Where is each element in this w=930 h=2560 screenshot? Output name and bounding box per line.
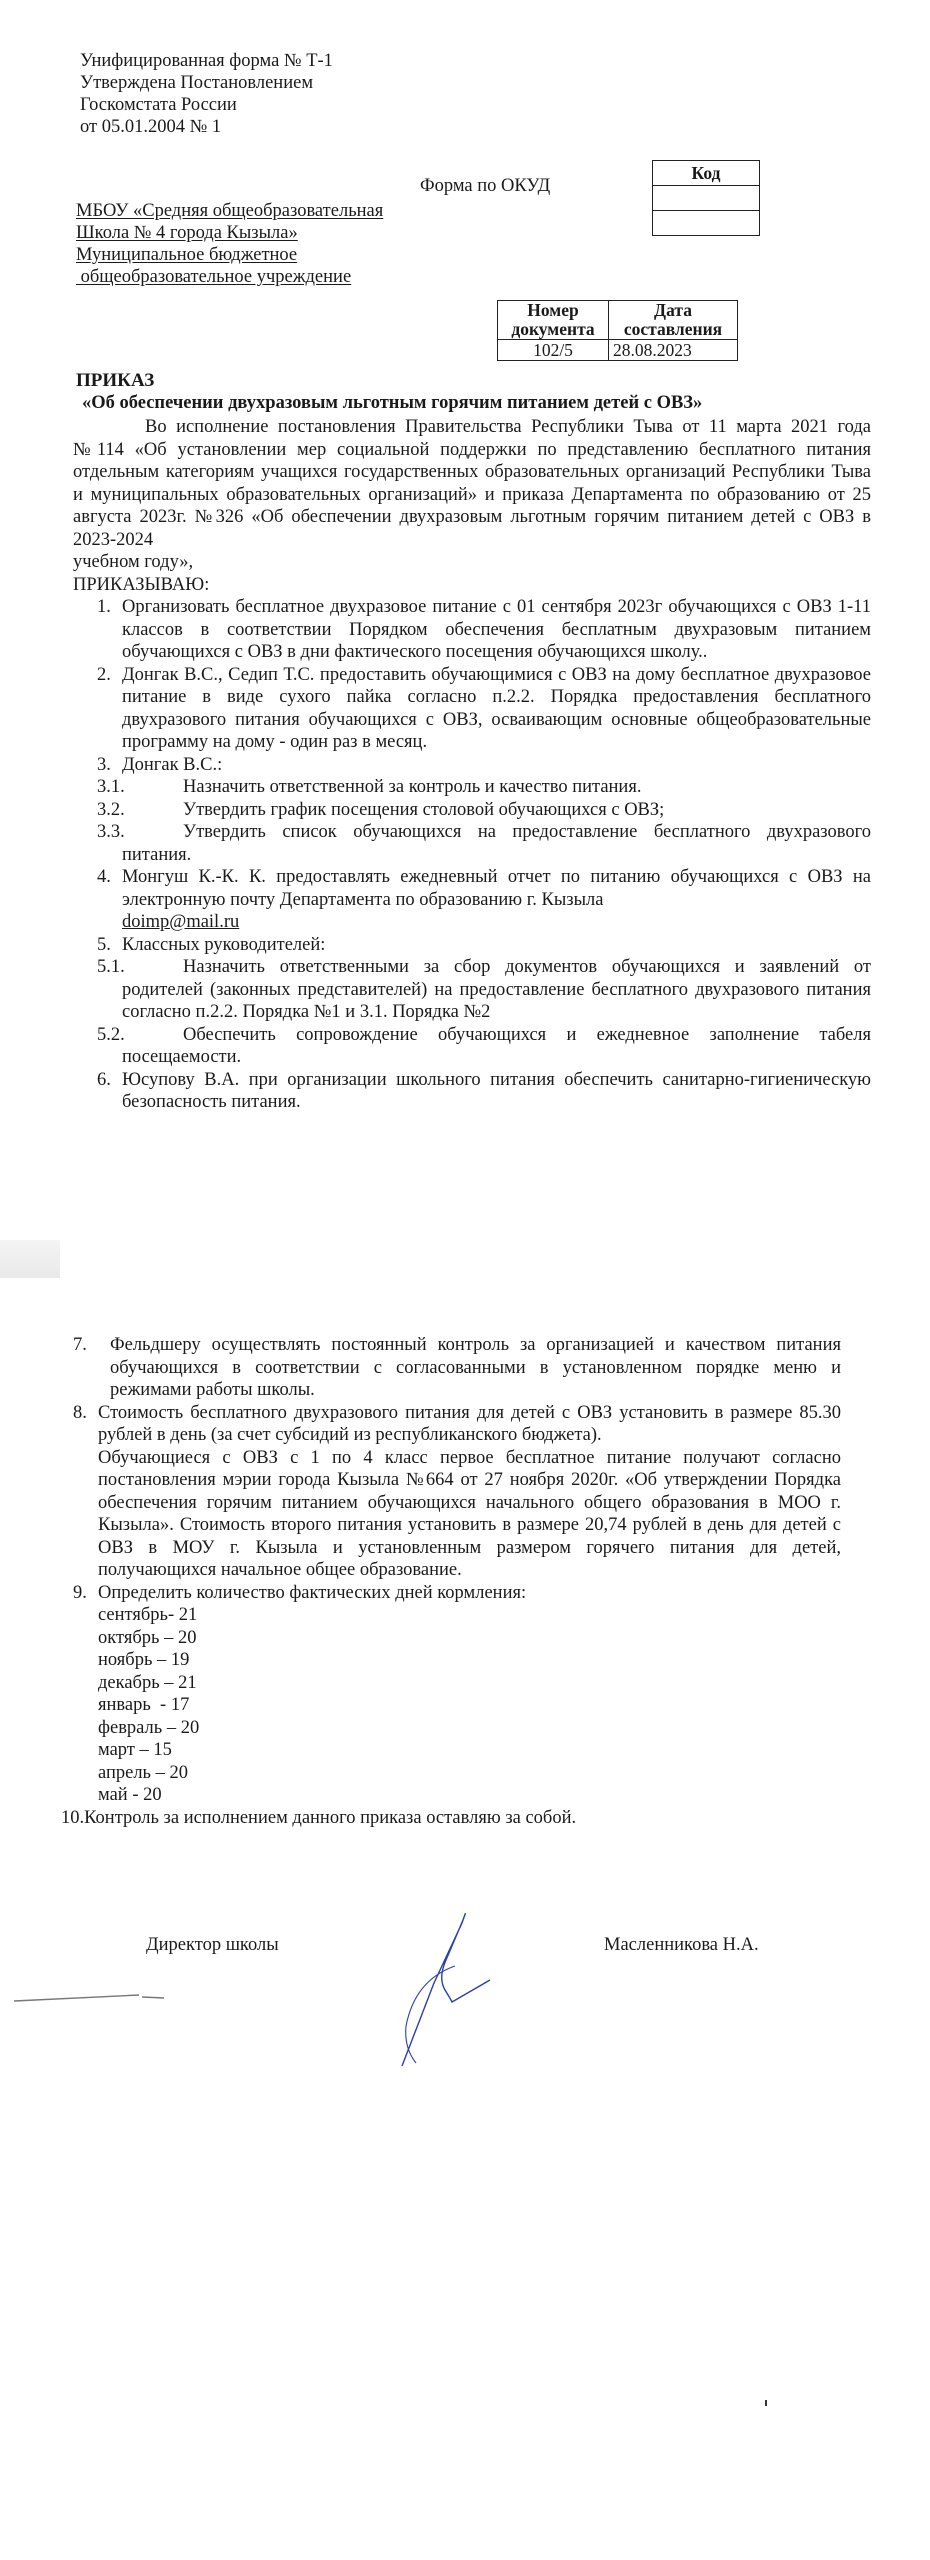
code-cell [653, 186, 760, 211]
header-line: составления [613, 320, 733, 339]
order-body-page1: Во исполнение постановления Правительств… [73, 416, 871, 1114]
item-text: Донгак В.С.: [122, 755, 222, 775]
code-cell [653, 211, 760, 236]
subitem-number: 3.2. [97, 799, 125, 822]
directive: ПРИКАЗЫВАЮ: [73, 574, 871, 597]
item-number: 5. [97, 934, 111, 957]
organization-block: МБОУ «Средняя общеобразовательная Школа … [76, 200, 383, 288]
subitem-5-1: 5.1. Назначить ответственными за сбор до… [73, 956, 871, 1024]
month-entry: февраль – 20 [98, 1717, 841, 1740]
subitem-3-2: 3.2. Утвердить график посещения столовой… [73, 799, 871, 822]
header-line: Номер [502, 301, 604, 320]
code-header: Код [653, 161, 760, 186]
subitem-text: Назначить ответственными за сбор докумен… [122, 957, 871, 1022]
subitem-number: 5.1. [97, 956, 125, 979]
preamble-end: учебном году», [73, 551, 871, 574]
month-entry: март – 15 [98, 1739, 841, 1762]
code-table: Код [652, 160, 760, 236]
subitem-text: Назначить ответственной за контроль и ка… [73, 776, 871, 799]
month-entry: ноябрь – 19 [98, 1649, 841, 1672]
month-entry: апрель – 20 [98, 1762, 841, 1785]
item-number: 9. [73, 1582, 87, 1605]
form-line: Госкомстата России [80, 94, 333, 116]
scan-mark-line [14, 1994, 174, 2004]
org-line: МБОУ «Средняя общеобразовательная [76, 200, 383, 222]
item-text: Монгуш К.-К. К. предоставлять ежедневный… [122, 867, 871, 910]
subitem-3-1: 3.1. Назначить ответственной за контроль… [73, 776, 871, 799]
signature-icon [390, 1898, 520, 2068]
month-entry: май - 20 [98, 1784, 841, 1807]
doc-date-header: Дата составления [609, 301, 738, 340]
doc-number-value: 102/5 [498, 340, 609, 361]
okud-label: Форма по ОКУД [420, 175, 550, 197]
order-item-5: 5. Классных руководителей: [73, 934, 871, 957]
order-item-2: 2. Донгак В.С., Седип Т.С. предоставить … [73, 664, 871, 754]
month-entry: январь - 17 [98, 1694, 841, 1717]
month-entry: декабрь – 21 [98, 1672, 841, 1695]
subitem-text: Утвердить список обучающихся на предоста… [122, 822, 871, 865]
order-title: «Об обеспечении двухразовым льготным гор… [72, 393, 702, 414]
subitem-number: 5.2. [97, 1024, 125, 1047]
order-item-7: 7. Фельдшеру осуществлять постоянный кон… [61, 1334, 841, 1402]
subitem-text: Утвердить график посещения столовой обуч… [73, 799, 871, 822]
month-entry: сентябрь- 21 [98, 1604, 841, 1627]
item-number: 7. [73, 1334, 87, 1357]
email-link[interactable]: doimp@mail.ru [122, 911, 871, 934]
item-number: 3. [97, 754, 111, 777]
signer-position: Директор школы [146, 1935, 279, 1956]
item-text-continued: Обучающиеся с ОВЗ с 1 по 4 класс первое … [98, 1447, 841, 1582]
document-number-table: Номер документа Дата составления 102/5 2… [497, 300, 738, 361]
item-text: Организовать бесплатное двухразовое пита… [122, 597, 871, 662]
item-number: 6. [97, 1069, 111, 1092]
order-item-6: 6. Юсупову В.А. при организации школьног… [73, 1069, 871, 1114]
form-header: Унифицированная форма № Т-1 Утверждена П… [80, 50, 333, 138]
item-text: Донгак В.С., Седип Т.С. предоставить обу… [122, 665, 871, 753]
item-number: 2. [97, 664, 111, 687]
order-body-page2: 7. Фельдшеру осуществлять постоянный кон… [61, 1334, 841, 1829]
item-text: Юсупову В.А. при организации школьного п… [122, 1070, 871, 1113]
form-line: Утверждена Постановлением [80, 72, 333, 94]
subitem-number: 3.3. [97, 821, 125, 844]
page-2: 7. Фельдшеру осуществлять постоянный кон… [0, 1278, 930, 2560]
item-number: 1. [97, 596, 111, 619]
item-number: 10. [61, 1808, 84, 1828]
form-line: Унифицированная форма № Т-1 [80, 50, 333, 72]
month-entry: октябрь – 20 [98, 1627, 841, 1650]
doc-number-header: Номер документа [498, 301, 609, 340]
order-item-8: 8. Стоимость бесплатного двухразового пи… [61, 1402, 841, 1582]
order-item-9: 9. Определить количество фактических дне… [61, 1582, 841, 1605]
signer-name: Масленникова Н.А. [604, 1935, 759, 1956]
item-text: Определить количество фактических дней к… [98, 1583, 526, 1603]
item-number: 4. [97, 866, 111, 889]
item-text: Контроль за исполнением данного приказа … [84, 1808, 576, 1828]
subitem-text: Обеспечить сопровождение обучающихся и е… [122, 1025, 871, 1068]
doc-date-value: 28.08.2023 [609, 340, 738, 361]
form-line: от 05.01.2004 № 1 [80, 116, 333, 138]
item-text: Стоимость бесплатного двухразового питан… [98, 1403, 841, 1446]
item-text: Классных руководителей: [122, 935, 325, 955]
preamble: Во исполнение постановления Правительств… [73, 416, 871, 551]
scan-speck [765, 2400, 767, 2406]
org-line: общеобразовательное учреждение [76, 266, 383, 288]
order-item-1: 1. Организовать бесплатное двухразовое п… [73, 596, 871, 664]
subitem-5-2: 5.2. Обеспечить сопровождение обучающихс… [73, 1024, 871, 1069]
order-item-10: 10.Контроль за исполнением данного прика… [61, 1807, 841, 1830]
order-item-3: 3. Донгак В.С.: [73, 754, 871, 777]
org-line: Школа № 4 города Кызыла» [76, 222, 383, 244]
org-line: Муниципальное бюджетное [76, 244, 383, 266]
header-line: документа [502, 320, 604, 339]
order-item-4: 4. Монгуш К.-К. К. предоставлять ежеднев… [73, 866, 871, 934]
header-line: Дата [613, 301, 733, 320]
item-text: Фельдшеру осуществлять постоянный контро… [110, 1335, 841, 1400]
item-number: 8. [73, 1402, 87, 1425]
subitem-3-3: 3.3. Утвердить список обучающихся на пре… [73, 821, 871, 866]
subitem-number: 3.1. [97, 776, 125, 799]
page-1: Унифицированная форма № Т-1 Утверждена П… [0, 0, 930, 1278]
feeding-days-list: сентябрь- 21 октябрь – 20 ноябрь – 19 де… [61, 1604, 841, 1807]
page-edge-shadow [0, 1240, 60, 1278]
order-type: ПРИКАЗ [76, 370, 154, 392]
